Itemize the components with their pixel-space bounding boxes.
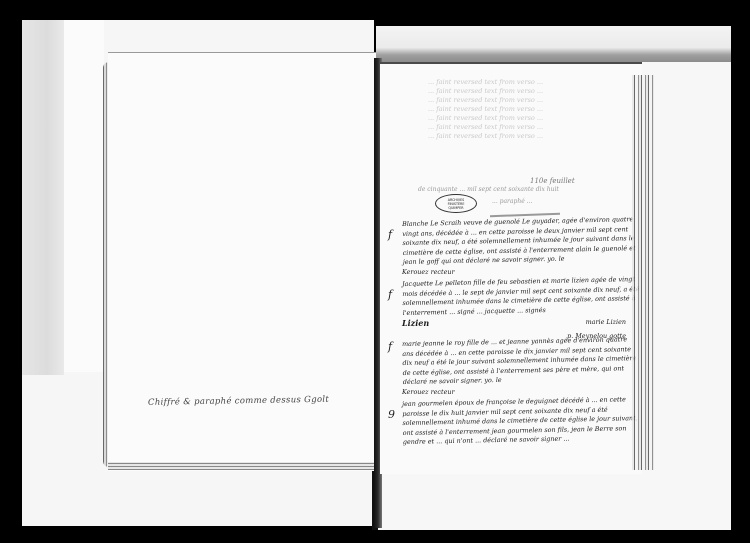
bleed-line: ... faint reversed text from verso ... [428, 87, 628, 96]
signature: Lizien [402, 318, 429, 328]
bleed-line: ... faint reversed text from verso ... [428, 96, 628, 105]
mount-shadow-strip [22, 20, 64, 375]
signature: Kerouez recteur [402, 268, 455, 276]
heading-sub: ... paraphé ... [492, 198, 532, 205]
margin-mark: f [388, 288, 392, 301]
scanned-register: Chiffré & paraphé comme dessus Ggolt ...… [0, 0, 750, 543]
bleed-line: ... faint reversed text from verso ... [428, 123, 628, 132]
entry-signature: Lizien marie Lizien [402, 318, 640, 328]
register-entry: f Jacquette Le pelleton fille de feu seb… [388, 280, 640, 328]
left-page [108, 52, 376, 471]
mount-inner-strip [64, 20, 104, 372]
top-shadow [376, 26, 731, 62]
register-entry: f Blanche Le Scraih veuve de guenolé Le … [388, 220, 640, 276]
register-entry: 9 jean gourmelen époux de françoise le d… [388, 400, 640, 448]
bleed-line: ... faint reversed text from verso ... [428, 78, 628, 87]
register-entry: f p. Meynelou gotte marie jeanne le roy … [388, 332, 640, 396]
bleed-line: ... faint reversed text from verso ... [428, 114, 628, 123]
left-page-bottom-edge [108, 462, 376, 470]
folio-heading: 110e feuillet [530, 177, 575, 185]
margin-mark: 9 [388, 408, 395, 421]
margin-mark: f [388, 228, 392, 241]
entry-text: marie jeanne le roy fille de ... et jean… [402, 335, 641, 388]
entry-text: Blanche Le Scraih veuve de guenolé Le gu… [402, 215, 641, 268]
signature: Kerouez recteur [402, 388, 455, 396]
right-page: ... faint reversed text from verso ... .… [380, 62, 642, 474]
register-entries: f Blanche Le Scraih veuve de guenolé Le … [388, 220, 640, 452]
heading-line: de cinquante ... mil sept cent soixante … [418, 186, 559, 193]
signature: marie Lizien [586, 318, 626, 328]
bleed-line: ... faint reversed text from verso ... [428, 132, 628, 141]
bleed-line: ... faint reversed text from verso ... [428, 105, 628, 114]
entry-text: jean gourmelen époux de françoise le deg… [402, 395, 641, 448]
archive-stamp: ARCHIVES FINISTÈRE QUIMPER [435, 194, 477, 213]
bleed-through-text: ... faint reversed text from verso ... .… [428, 78, 628, 141]
right-page-edges [632, 75, 654, 470]
stamp-line: QUIMPER [436, 206, 476, 210]
margin-mark: f [388, 340, 392, 353]
entry-text: Jacquette Le pelleton fille de feu sebas… [402, 275, 641, 318]
